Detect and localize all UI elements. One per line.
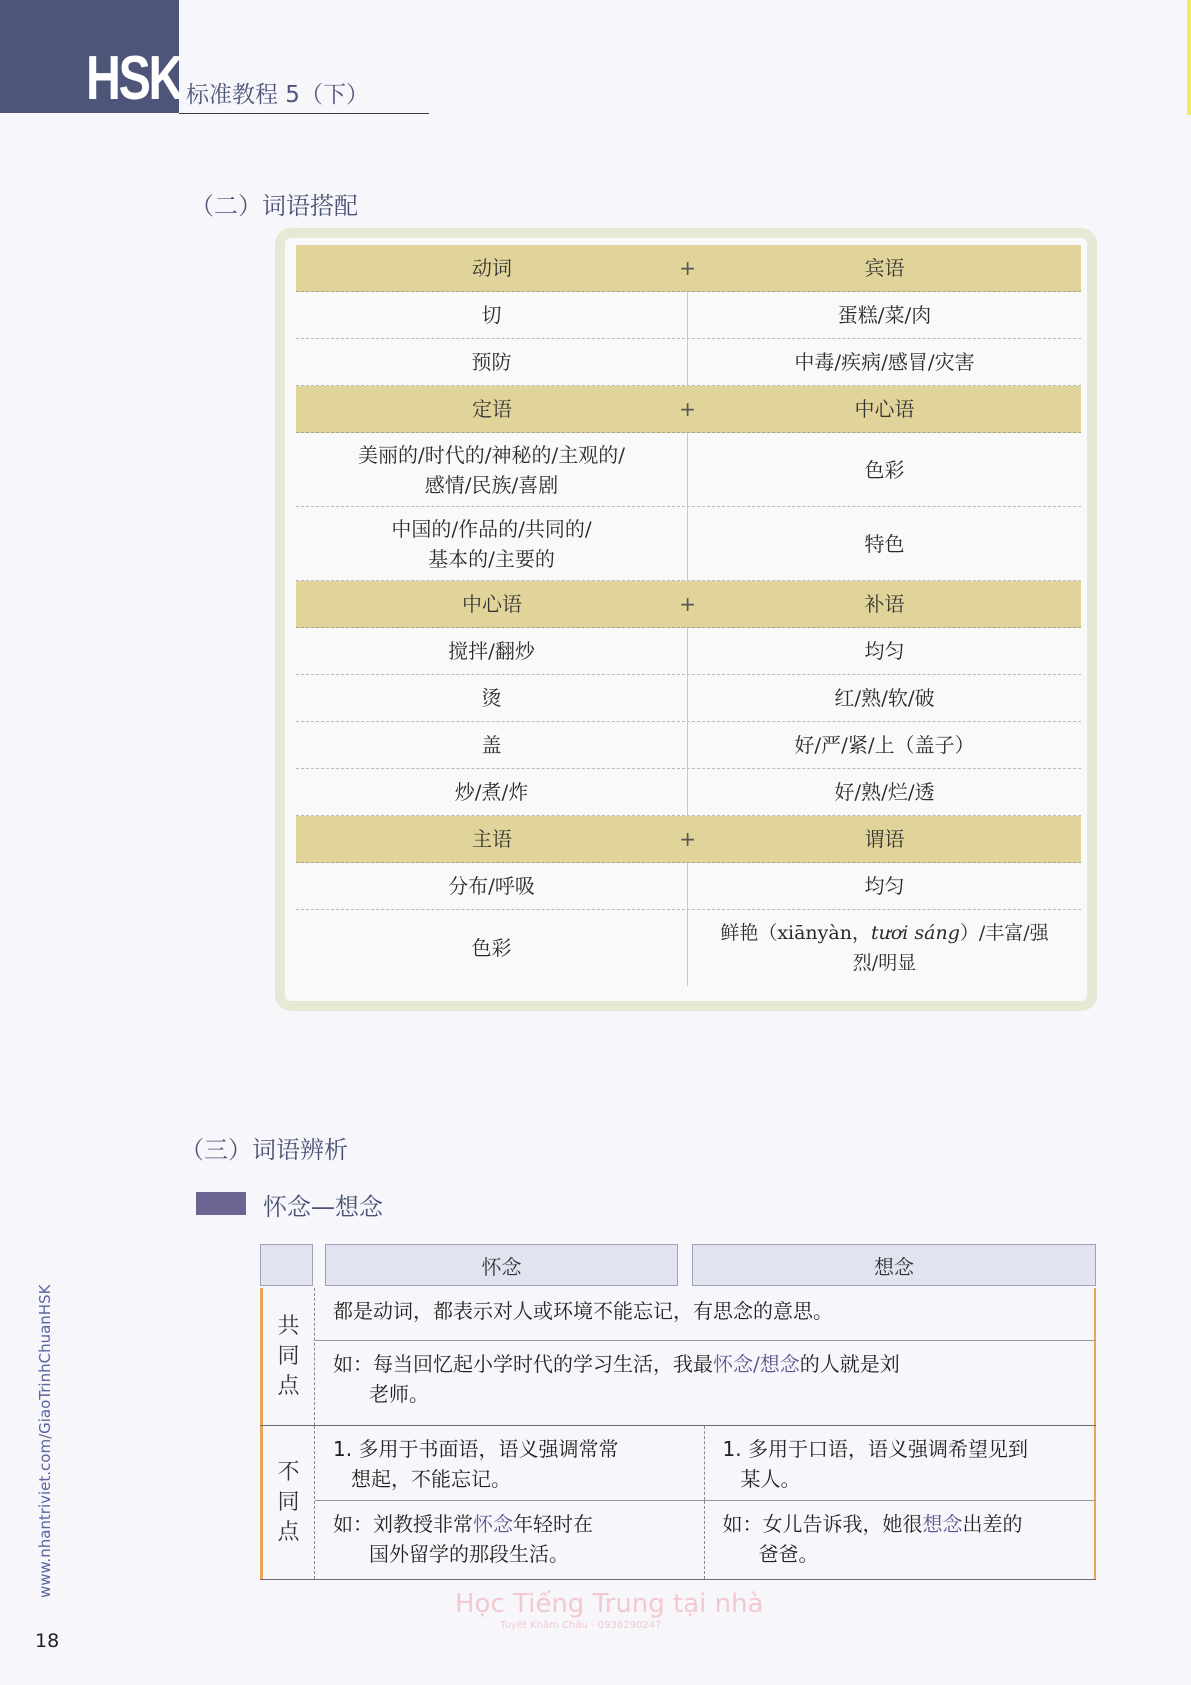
plus-sign: +	[679, 394, 696, 424]
highlighted-words: 怀念/想念	[713, 1352, 800, 1376]
header-left: 主语	[472, 824, 512, 854]
table-row: 搅拌/翻炒 均匀	[296, 628, 1081, 675]
definition-text: 1. 多用于口语，语义强调希望见到	[723, 1437, 1028, 1461]
table-header-row: 主语+ 谓语	[296, 816, 1081, 863]
highlighted-word: 怀念	[473, 1512, 513, 1536]
huainian-definition: 1. 多用于书面语，语义强调常常 想起，不能忘记。	[315, 1426, 705, 1500]
subsection-marker-icon	[196, 1192, 246, 1215]
example-text: 如：每当回忆起小学时代的学习生活，我最	[333, 1352, 713, 1376]
table-row: 盖 好/严/紧/上（盖子）	[296, 722, 1081, 769]
cell-text-line: 美丽的/时代的/神秘的/主观的/	[358, 440, 625, 470]
table-row: 炒/煮/炸 好/熟/烂/透	[296, 769, 1081, 816]
header-right: 谓语	[688, 816, 1081, 862]
header-divider	[179, 113, 429, 114]
table-header-row: 动词+ 宾语	[296, 245, 1081, 292]
common-points-label: 共 同 点	[260, 1288, 315, 1425]
header-right: 宾语	[688, 245, 1081, 291]
collocation-table: 动词+ 宾语 切 蛋糕/菜/肉 预防 中毒/疾病/感冒/灾害 定语+ 中心语 美…	[296, 245, 1081, 986]
cell-right: 红/熟/软/破	[688, 675, 1081, 721]
table-row: 色彩 鲜艳（xiānyàn，tươi sáng）/丰富/强 烈/明显	[296, 910, 1081, 986]
label-char: 点	[277, 1518, 299, 1548]
definition-text: 想起，不能忘记。	[333, 1464, 694, 1494]
table-row: 美丽的/时代的/神秘的/主观的/ 感情/民族/喜剧 色彩	[296, 433, 1081, 507]
cell-left: 盖	[296, 722, 688, 768]
cell-left: 炒/煮/炸	[296, 769, 688, 815]
label-char: 共	[277, 1312, 299, 1342]
cell-right: 均匀	[688, 863, 1081, 909]
example-text: 如：女儿告诉我，她很	[723, 1512, 923, 1536]
label-char: 不	[277, 1458, 299, 1488]
cell-text-line: 感情/民族/喜剧	[425, 470, 558, 500]
example-text: 年轻时在	[513, 1512, 593, 1536]
book-title: 标准教程 5（下）	[186, 76, 369, 109]
example-text: 如：刘教授非常	[333, 1512, 473, 1536]
table-row: 中国的/作品的/共同的/ 基本的/主要的 特色	[296, 507, 1081, 581]
subsection-title: 怀念—想念	[263, 1187, 383, 1222]
section-title-collocation: （二）词语搭配	[190, 186, 358, 221]
differences-rows: 1. 多用于书面语，语义强调常常 想起，不能忘记。 1. 多用于口语，语义强调希…	[315, 1426, 1096, 1579]
table-row: 分布/呼吸 均匀	[296, 863, 1081, 910]
cell-left: 预防	[296, 339, 688, 385]
highlighted-word: 想念	[923, 1512, 963, 1536]
example-row: 如：刘教授非常怀念年轻时在 国外留学的那段生活。 如：女儿告诉我，她很想念出差的…	[315, 1501, 1096, 1579]
cell-right: 中毒/疾病/感冒/灾害	[688, 339, 1081, 385]
plus-sign: +	[679, 253, 696, 283]
example-text: 国外留学的那段生活。	[333, 1539, 694, 1569]
brand-block: HSK	[0, 0, 179, 113]
common-example: 如：每当回忆起小学时代的学习生活，我最怀念/想念的人就是刘 老师。	[315, 1341, 1094, 1425]
table-header-row: 定语+ 中心语	[296, 386, 1081, 433]
cell-left: 美丽的/时代的/神秘的/主观的/ 感情/民族/喜剧	[296, 433, 688, 506]
cell-left: 色彩	[296, 910, 688, 986]
page-number: 18	[35, 1630, 59, 1652]
cell-text: ）/丰富/强	[960, 922, 1049, 944]
plus-sign: +	[679, 589, 696, 619]
header-left: 动词	[472, 253, 512, 283]
cell-text-line: 烈/明显	[853, 948, 916, 978]
cell-text-line: 鲜艳（xiānyàn，tươi sáng）/丰富/强	[720, 918, 1048, 948]
section-title-discrimination: （三）词语辨析	[180, 1130, 348, 1165]
cell-left: 中国的/作品的/共同的/ 基本的/主要的	[296, 507, 688, 580]
cell-left: 搅拌/翻炒	[296, 628, 688, 674]
differences-group: 不 同 点 1. 多用于书面语，语义强调常常 想起，不能忘记。 1. 多用于口语…	[260, 1426, 1096, 1580]
definition-row: 都是动词，都表示对人或环境不能忘记，有思念的意思。	[315, 1288, 1096, 1341]
example-row: 如：每当回忆起小学时代的学习生活，我最怀念/想念的人就是刘 老师。	[315, 1341, 1096, 1425]
example-text: 老师。	[333, 1379, 1084, 1409]
page-edge-tab	[1187, 0, 1191, 115]
cell-left: 分布/呼吸	[296, 863, 688, 909]
cell-right: 蛋糕/菜/肉	[688, 292, 1081, 338]
common-points-rows: 都是动词，都表示对人或环境不能忘记，有思念的意思。 如：每当回忆起小学时代的学习…	[315, 1288, 1096, 1425]
table-row: 预防 中毒/疾病/感冒/灾害	[296, 339, 1081, 386]
table-row: 烫 红/熟/软/破	[296, 675, 1081, 722]
compare-header-right: 想念	[692, 1244, 1096, 1286]
cell-right: 好/熟/烂/透	[688, 769, 1081, 815]
comparison-table: 共 同 点 都是动词，都表示对人或环境不能忘记，有思念的意思。 如：每当回忆起小…	[260, 1288, 1096, 1580]
cell-right: 鲜艳（xiānyàn，tươi sáng）/丰富/强 烈/明显	[688, 910, 1081, 986]
cell-text-line: 基本的/主要的	[428, 544, 555, 574]
plus-sign: +	[679, 824, 696, 854]
definition-text: 1. 多用于书面语，语义强调常常	[333, 1437, 618, 1461]
xiangnian-definition: 1. 多用于口语，语义强调希望见到 某人。	[705, 1426, 1095, 1500]
compare-header-left: 怀念	[325, 1244, 678, 1286]
common-points-group: 共 同 点 都是动词，都表示对人或环境不能忘记，有思念的意思。 如：每当回忆起小…	[260, 1288, 1096, 1426]
label-char: 同	[277, 1342, 299, 1372]
side-url: www.nhantriviet.com/GiaoTrinhChuanHSK	[36, 1285, 54, 1598]
header-left: 定语	[472, 394, 512, 424]
cell-left: 烫	[296, 675, 688, 721]
label-char: 点	[277, 1372, 299, 1402]
differences-label: 不 同 点	[260, 1426, 315, 1579]
huainian-example: 如：刘教授非常怀念年轻时在 国外留学的那段生活。	[315, 1501, 705, 1579]
watermark: Học Tiếng Trung tại nhà	[455, 1589, 764, 1619]
watermark-subtitle: Tuyết Khâm Châu - 0936290247	[500, 1620, 661, 1631]
definition-text: 某人。	[723, 1464, 1085, 1494]
example-text: 爸爸。	[723, 1539, 1085, 1569]
compare-header-blank	[260, 1244, 313, 1286]
definition-row: 1. 多用于书面语，语义强调常常 想起，不能忘记。 1. 多用于口语，语义强调希…	[315, 1426, 1096, 1501]
cell-left: 切	[296, 292, 688, 338]
label-char: 同	[277, 1488, 299, 1518]
example-text: 出差的	[963, 1512, 1023, 1536]
pinyin-text: 鲜艳（xiānyàn，	[720, 922, 871, 944]
table-row: 切 蛋糕/菜/肉	[296, 292, 1081, 339]
cell-right: 好/严/紧/上（盖子）	[688, 722, 1081, 768]
cell-right: 均匀	[688, 628, 1081, 674]
example-text: 的人就是刘	[800, 1352, 900, 1376]
common-definition: 都是动词，都表示对人或环境不能忘记，有思念的意思。	[315, 1288, 1094, 1340]
table-header-row: 中心语+ 补语	[296, 581, 1081, 628]
brand-logo: HSK	[86, 48, 181, 110]
header-right: 中心语	[688, 386, 1081, 432]
cell-right: 色彩	[688, 433, 1081, 506]
cell-text-line: 中国的/作品的/共同的/	[391, 514, 591, 544]
header-right: 补语	[688, 581, 1081, 627]
xiangnian-example: 如：女儿告诉我，她很想念出差的 爸爸。	[705, 1501, 1095, 1579]
cell-right: 特色	[688, 507, 1081, 580]
header-left: 中心语	[462, 589, 522, 619]
vietnamese-gloss: tươi sáng	[871, 922, 960, 944]
